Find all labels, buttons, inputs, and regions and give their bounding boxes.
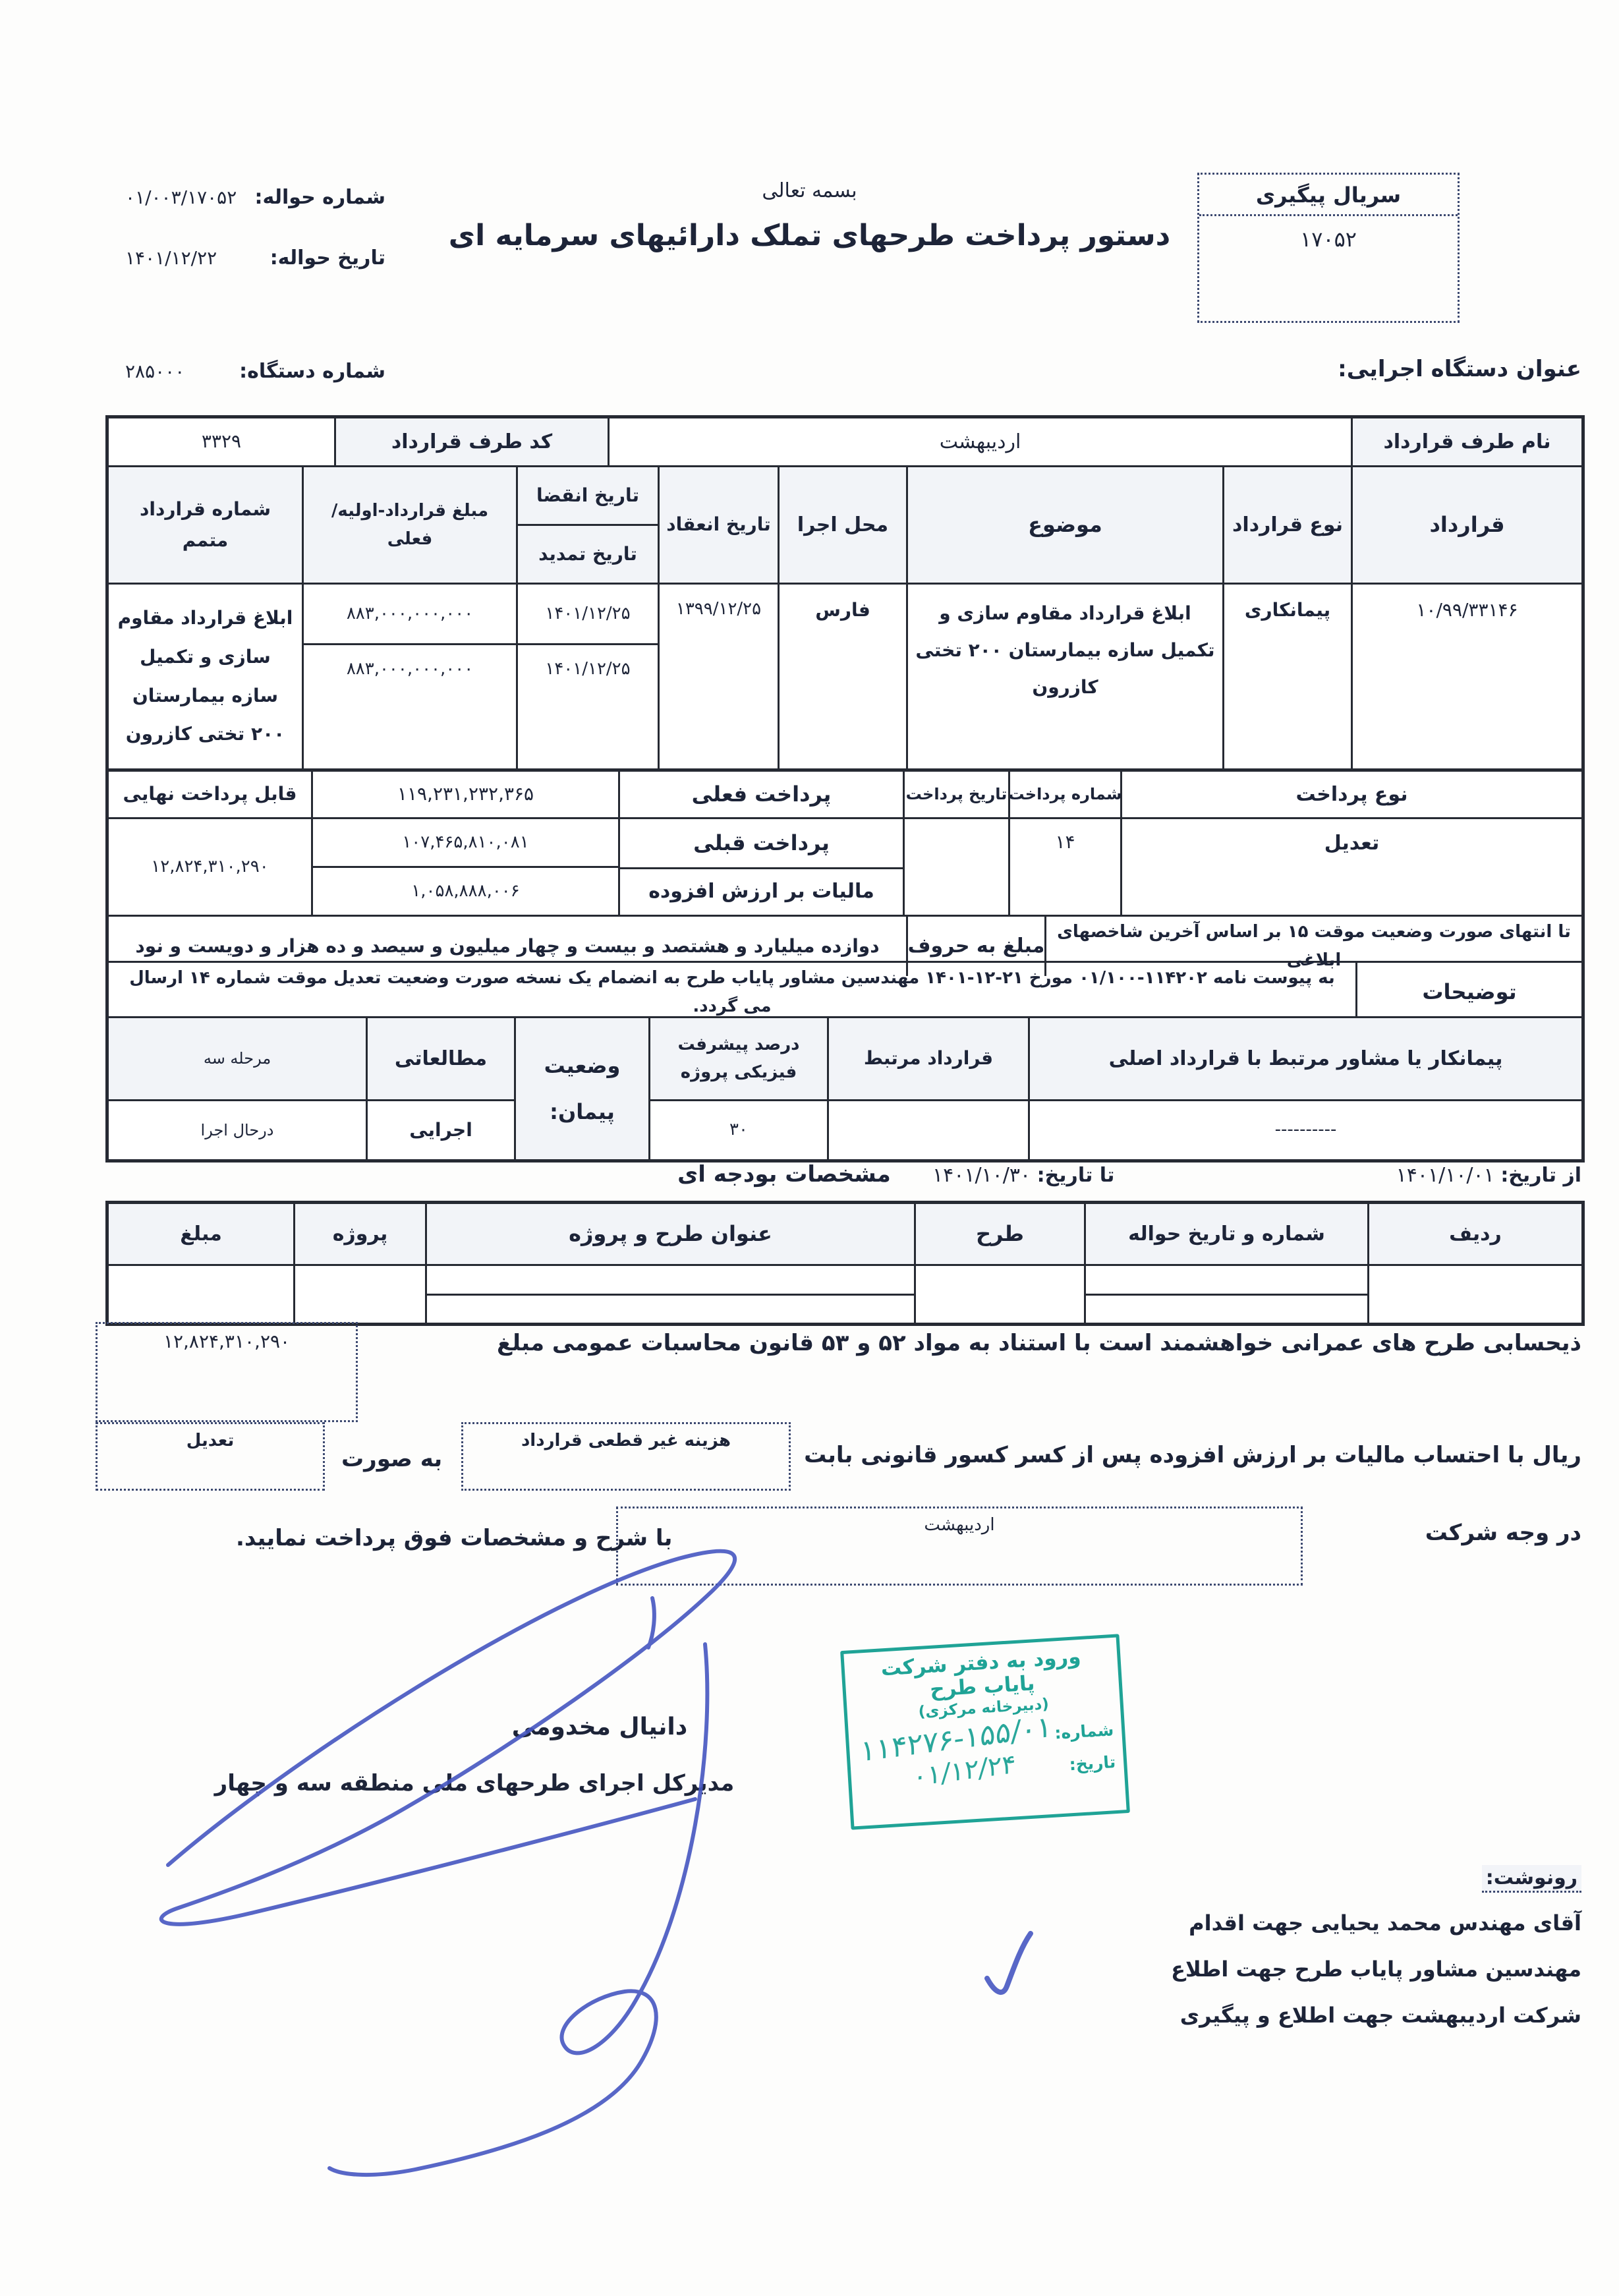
copies-item-2: مهندسین مشاور پایاب طرح جهت اطلاع: [975, 1953, 1581, 1985]
payment-order-document: سریال پیگیری ۱۷۰۵۲ بسمه تعالی دستور پردا…: [0, 0, 1619, 2296]
payee-label: در وجه شرکت: [1425, 1520, 1581, 1546]
expense-type-box: هزینه غیر قطعی قرارداد: [461, 1422, 791, 1491]
col-payment-no: شماره پرداخت: [1008, 772, 1120, 817]
signatory-name: دانیال مخدومی: [461, 1713, 738, 1740]
party-code-value: ۳۳۲۹: [109, 418, 334, 465]
payment-no-value: ۱۴: [1008, 819, 1120, 915]
main-contract-table: نام طرف قرارداد اردیبهشت کد طرف قرارداد …: [105, 415, 1585, 1162]
budget-cell-row: [1367, 1266, 1581, 1323]
previous-vat-values: ۱۰۷,۴۶۵,۸۱۰,۰۸۱ ۱,۰۵۸,۸۸۸,۰۰۶: [311, 819, 618, 915]
budget-cell-project: [293, 1266, 425, 1323]
previous-payment-value: ۱۰۷,۴۶۵,۸۱۰,۰۸۱: [313, 819, 618, 868]
authorization-closing: با شرح و مشخصات فوق پرداخت نمایید.: [236, 1525, 672, 1551]
havaleh-date-value: ۱۴۰۱/۱۲/۲۲: [125, 247, 217, 269]
budget-col-title: عنوان طرح و پروژه: [425, 1204, 914, 1264]
budget-cell-plan: [914, 1266, 1084, 1323]
study-value: اجرایی: [368, 1101, 514, 1159]
expiry-value-2: ۱۴۰۱/۱۲/۲۵: [518, 645, 658, 768]
col-extension: تاریخ تمدید: [518, 526, 658, 583]
havaleh-date-label: تاریخ حواله:: [270, 246, 385, 270]
col-phase: مرحله سه: [109, 1018, 366, 1101]
period-to-label: تا تاریخ:: [1037, 1164, 1115, 1187]
entry-stamp: ورود به دفتر شرکت پایاب طرح (دبیرخانه مر…: [840, 1634, 1130, 1829]
havaleh-date-row: تاریخ حواله: ۱۴۰۱/۱۲/۲۲: [125, 246, 385, 270]
as-box-value: تعدیل: [186, 1431, 234, 1450]
notes-label: توضیحات: [1355, 963, 1581, 1022]
exec-device-title-label: عنوان دستگاه اجرایی:: [1338, 356, 1581, 382]
col-state: وضعیت پیمان:: [514, 1018, 648, 1159]
contract-location-value: فارس: [778, 585, 906, 768]
device-number-row: شماره دستگاه: ۲۸۵۰۰۰: [125, 360, 385, 383]
amount-figure-box: ۱۲,۸۲۴,۳۱۰,۲۹۰: [96, 1322, 358, 1422]
authorization-line2: ریال با احتساب مالیات بر ارزش افزوده پس …: [804, 1442, 1581, 1468]
phase-col: مرحله سه درحال اجرا: [109, 1018, 366, 1159]
party-name-value: اردیبهشت: [608, 418, 1351, 465]
device-number-label: شماره دستگاه:: [239, 360, 385, 383]
period-from: از تاریخ: ۱۴۰۱/۱۰/۰۱: [1396, 1164, 1581, 1187]
col-payment-type: نوع پرداخت: [1120, 772, 1581, 817]
col-supplement: شماره قرارداد متمم: [109, 467, 302, 583]
current-payment-label: پرداخت فعلی: [618, 772, 903, 817]
current-payment-value: ۱۱۹,۲۳۱,۲۳۲,۳۶۵: [311, 772, 618, 817]
notes-text: به پیوست نامه ۱۱۴۲۰۲-۰۱/۱۰۰ مورخ ۲۱-۱۲-۱…: [109, 963, 1355, 1022]
col-related-contract: قرارداد مرتبط: [829, 1018, 1028, 1101]
col-progress: درصد پیشرفت فیزیکی پروژه: [650, 1018, 827, 1101]
device-number-value: ۲۸۵۰۰۰: [125, 360, 185, 382]
col-sign-date: تاریخ انعقاد: [658, 467, 778, 583]
col-expiry-group: تاریخ انقضا تاریخ تمدید: [516, 467, 658, 583]
phase-value: درحال اجرا: [109, 1101, 366, 1159]
col-related-party: پیمانکار یا مشاور مرتبط با قرارداد اصلی: [1030, 1018, 1581, 1101]
period-to-value: ۱۴۰۱/۱۰/۳۰: [932, 1164, 1031, 1187]
copies-item-1: آقای مهندس محمد یحیایی جهت اقدام: [975, 1907, 1581, 1939]
copies-block: رونوشت: آقای مهندس محمد یحیایی جهت اقدام…: [975, 1865, 1581, 2031]
amount-values: ۸۸۳,۰۰۰,۰۰۰,۰۰۰ ۸۸۳,۰۰۰,۰۰۰,۰۰۰: [302, 585, 516, 768]
vat-label: مالیات بر ارزش افزوده: [620, 869, 903, 915]
expiry-values: ۱۴۰۱/۱۲/۲۵ ۱۴۰۱/۱۲/۲۵: [516, 585, 658, 768]
related-party-col: پیمانکار یا مشاور مرتبط با قرارداد اصلی …: [1028, 1018, 1581, 1159]
col-subject: موضوع: [906, 467, 1222, 583]
expense-type-value: هزینه غیر قطعی قرارداد: [521, 1431, 731, 1450]
contract-sign-date-value: ۱۳۹۹/۱۲/۲۵: [658, 585, 778, 768]
party-name-label: نام طرف قرارداد: [1351, 418, 1581, 465]
budget-table: ردیف شماره و تاریخ حواله طرح عنوان طرح و…: [105, 1201, 1585, 1326]
previous-payment-label: پرداخت قبلی: [620, 819, 903, 869]
copies-item-3: شرکت اردیبهشت جهت اطلاع و پیگیری: [975, 1999, 1581, 2031]
budget-col-amount: مبلغ: [109, 1204, 293, 1264]
period-from-value: ۱۴۰۱/۱۰/۰۱: [1396, 1164, 1494, 1187]
signature-ink: [132, 1535, 791, 2181]
study-col: مطالعاتی اجرایی: [366, 1018, 514, 1159]
col-amount: مبلغ قرارداد-اولیه/فعلی: [302, 467, 516, 583]
havaleh-number-value: ۰۱/۰۰۳/۱۷۰۵۲: [125, 187, 237, 208]
contract-type-value: پیمانکاری: [1222, 585, 1351, 768]
period-to: تا تاریخ: ۱۴۰۱/۱۰/۳۰: [932, 1164, 1114, 1187]
previous-vat-labels: پرداخت قبلی مالیات بر ارزش افزوده: [618, 819, 903, 915]
payment-date-value: [903, 819, 1008, 915]
final-payable-value: ۱۲,۸۲۴,۳۱۰,۲۹۰: [109, 819, 311, 915]
final-payable-label: قابل پرداخت نهایی: [109, 772, 311, 817]
period-from-label: از تاریخ:: [1500, 1164, 1581, 1187]
stamp-date-label: تاریخ:: [1069, 1752, 1116, 1774]
havaleh-number-label: شماره حواله:: [255, 186, 385, 209]
copies-label: رونوشت:: [1482, 1865, 1581, 1893]
authorization-line1: ذیحسابی طرح های عمرانی خواهشمند است با ا…: [497, 1330, 1581, 1356]
amount-figure-value: ۱۲,۸۲۴,۳۱۰,۲۹۰: [163, 1331, 290, 1352]
contract-no-value: ۱۰/۹۹/۳۳۱۴۶: [1351, 585, 1581, 768]
amount-value-1: ۸۸۳,۰۰۰,۰۰۰,۰۰۰: [304, 585, 516, 645]
payment-type-value: تعدیل: [1120, 819, 1581, 915]
payee-box-value: اردیبهشت: [924, 1515, 994, 1535]
related-contract-col: قرارداد مرتبط: [827, 1018, 1028, 1159]
budget-cell-title: [425, 1266, 914, 1323]
as-box: تعدیل: [96, 1422, 325, 1491]
col-contract-type: نوع قرارداد: [1222, 467, 1351, 583]
col-study: مطالعاتی: [368, 1018, 514, 1101]
progress-col: درصد پیشرفت فیزیکی پروژه ۳۰: [648, 1018, 827, 1159]
budget-col-plan: طرح: [914, 1204, 1084, 1264]
vat-value: ۱,۰۵۸,۸۸۸,۰۰۶: [313, 868, 618, 915]
budget-cell-havaleh: [1084, 1266, 1367, 1323]
budget-cell-amount: [109, 1266, 293, 1323]
supplement-value: ابلاغ قرارداد مقاوم سازی و تکمیل سازه بی…: [109, 585, 302, 768]
party-code-label: کد طرف قرارداد: [334, 418, 608, 465]
budget-col-row: ردیف: [1367, 1204, 1581, 1264]
budget-col-project: پروژه: [293, 1204, 425, 1264]
progress-value: ۳۰: [650, 1101, 827, 1159]
budget-section-title: مشخصات بودجه ای: [642, 1161, 926, 1188]
col-payment-date: تاریخ پرداخت: [903, 772, 1008, 817]
col-contract: قرارداد: [1351, 467, 1581, 583]
as-label: به صورت: [341, 1446, 442, 1472]
contract-subject-value: ابلاغ قرارداد مقاوم سازی و تکمیل سازه بی…: [906, 585, 1222, 768]
col-expiry: تاریخ انقضا: [518, 467, 658, 526]
havaleh-number-row: شماره حواله: ۰۱/۰۰۳/۱۷۰۵۲: [125, 186, 385, 209]
expiry-value-1: ۱۴۰۱/۱۲/۲۵: [518, 585, 658, 645]
related-contract-value: [829, 1101, 1028, 1159]
payee-box: اردیبهشت: [616, 1507, 1303, 1586]
amount-value-2: ۸۸۳,۰۰۰,۰۰۰,۰۰۰: [304, 645, 516, 768]
budget-col-havaleh: شماره و تاریخ حواله: [1084, 1204, 1367, 1264]
related-party-value: ----------: [1030, 1101, 1581, 1159]
col-location: محل اجرا: [778, 467, 906, 583]
stamp-number-label: شماره:: [1054, 1720, 1114, 1742]
signatory-title: مدیرکل اجرای طرحهای ملی منطقه سه و چهار: [191, 1770, 758, 1796]
